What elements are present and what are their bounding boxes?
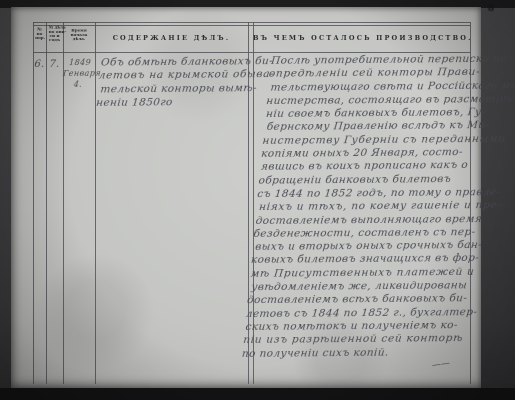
text-line: летовъ на крымской обыва- [98,69,247,84]
text-line: пор. [35,36,44,40]
text-line: 1849 [64,57,97,68]
text-line: годъ [49,38,61,42]
column-header-contents: СОДЕРЖАНІЕ ДѢЛЪ. [95,34,248,42]
entry-date: 1849Генваря4. [61,57,96,90]
entry-proceedings-text: Послѣ употребительной переписки неопредѣ… [241,53,483,361]
entry-contents-text: Объ обмѣнѣ бланковыхъ би-летовъ на крымс… [95,55,248,110]
text-line: тельской конторы вымѣ- [97,82,246,97]
text-line: Объ обмѣнѣ бланковыхъ би- [99,55,248,70]
column-header-date: Времяначаладѣла. [68,29,90,41]
text-line: доставленіемъ всѣхъ банковыхъ би- [246,292,460,307]
archival-photo: 8 №попор. № дѣлапо опи-си игодъ Времянач… [0,0,515,400]
text-line: піи изъ разрѣшенной сей конторѣ [243,332,457,347]
text-line: неніи 1850го [95,95,244,110]
column-header-order-number: №попор. [35,28,44,40]
entry-case-number: 7. [45,59,63,70]
photo-dark-border-bottom [0,388,515,400]
table-rule [33,22,470,23]
text-line: дѣла. [68,37,90,41]
column-header-proceedings: ВЪ ЧЕМЪ ОСТАЛОСЬ ПРОИЗВОДСТВО. [253,34,470,42]
text-line: 4. [61,79,94,90]
table-rule [33,25,470,26]
text-line: ніяхъ и тѣхъ, по коему гашеніе и пре- [255,199,469,214]
entry-order-number: 6. [32,59,46,70]
text-line: Генваря [62,68,95,79]
folio-number: 8 [485,4,497,16]
text-line: опредѣленіи сей конторы Прави- [268,66,482,81]
column-header-case-number: № дѣлапо опи-си игодъ [49,26,61,42]
table-rule [46,22,47,384]
table-rule [33,22,34,384]
text-line: по полученіи сихъ копій. [241,346,455,361]
